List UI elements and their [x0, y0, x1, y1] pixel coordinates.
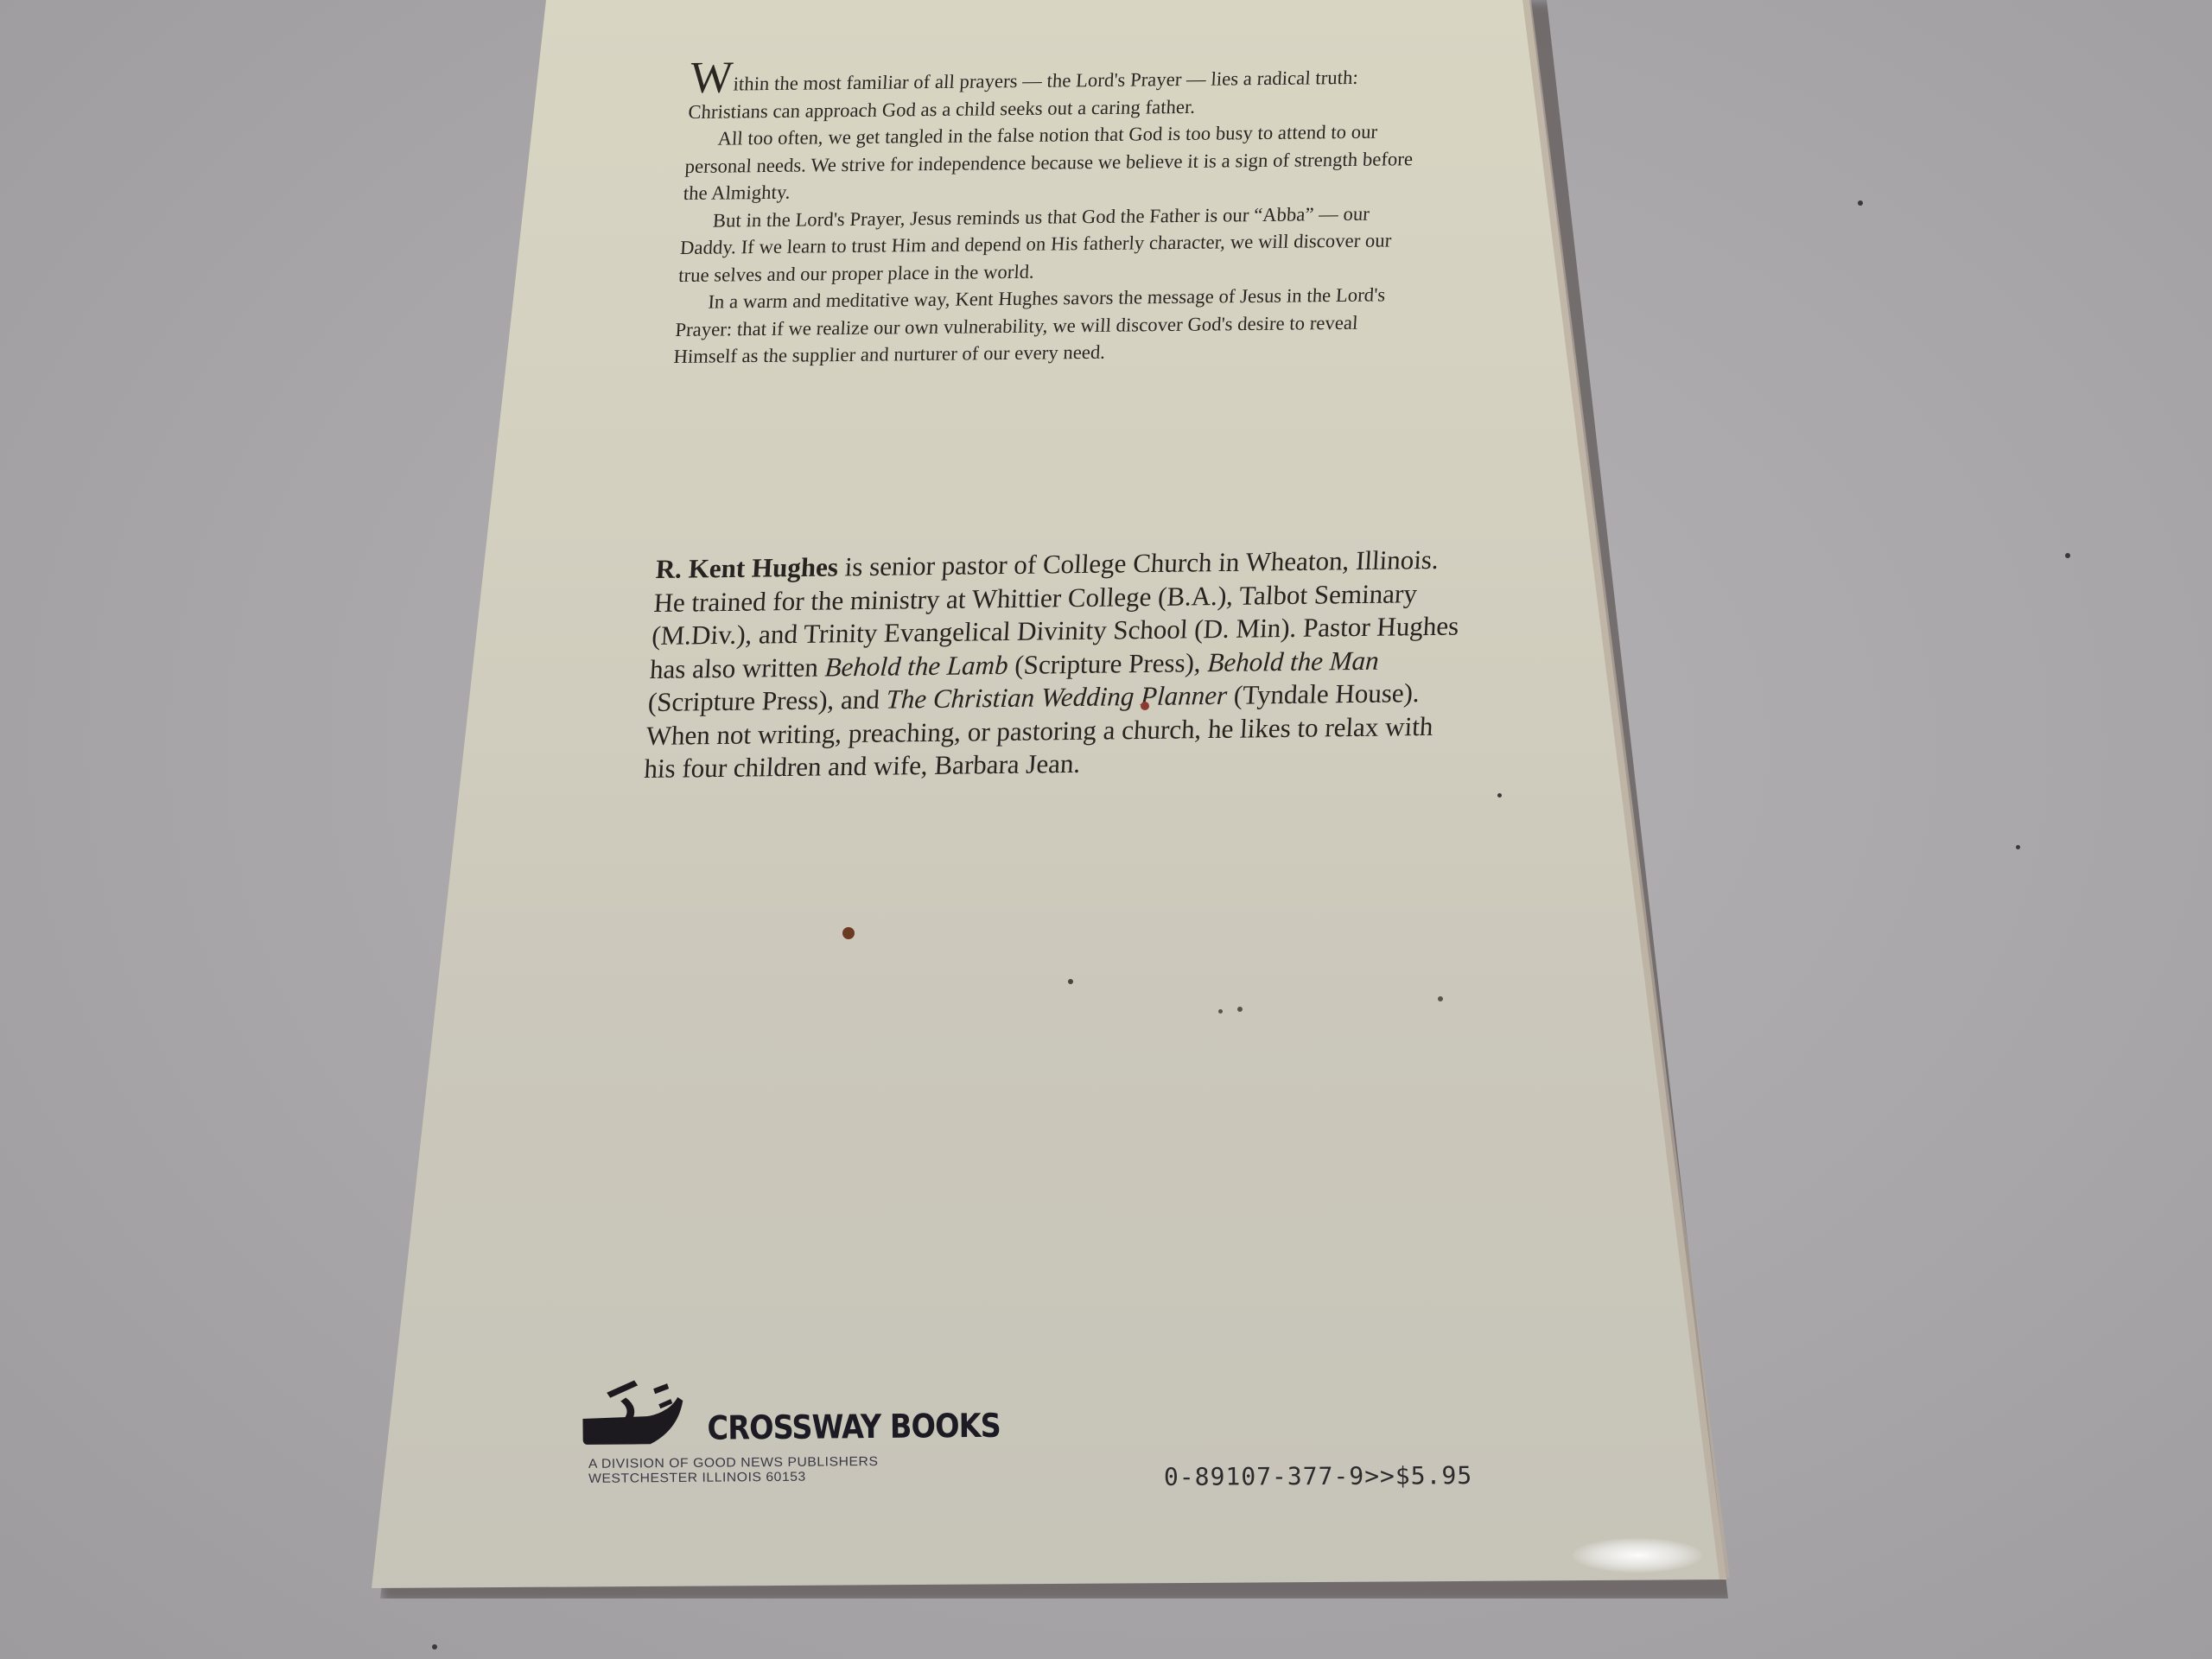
blurb-text: Within the most familiar of all prayers … — [673, 54, 1427, 370]
stain-spot — [2065, 553, 2070, 558]
blurb-paragraph: But in the Lord's Prayer, Jesus reminds … — [677, 200, 1417, 289]
cover-content: Within the most familiar of all prayers … — [0, 0, 2212, 1659]
book-title: Behold the Lamb — [824, 649, 1009, 682]
author-name: R. Kent Hughes — [655, 551, 839, 584]
stain-spot — [1141, 702, 1149, 710]
crossway-logo-icon — [581, 1373, 711, 1452]
book-title: Behold the Man — [1207, 645, 1380, 677]
publisher-division: A DIVISION OF GOOD NEWS PUBLISHERS — [588, 1454, 879, 1471]
stain-spot — [1237, 1007, 1243, 1012]
book-title: The Christian Wedding Planner — [886, 680, 1228, 715]
stain-spot — [1068, 979, 1073, 984]
blurb-paragraph: All too often, we get tangled in the fal… — [683, 118, 1422, 207]
publisher-name: CROSSWAY BOOKS — [707, 1407, 1001, 1447]
blurb-paragraph: Within the most familiar of all prayers … — [688, 54, 1427, 125]
stain-spot — [842, 927, 855, 939]
stain-spot — [432, 1644, 437, 1649]
isbn-price: 0-89107-377-9>>$5.95 — [1164, 1461, 1472, 1491]
light-glare — [1573, 1538, 1702, 1573]
stain-spot — [1497, 793, 1502, 798]
publisher-address: WESTCHESTER ILLINOIS 60153 — [588, 1470, 806, 1486]
stain-spot — [2016, 845, 2020, 849]
stain-spot — [1438, 996, 1443, 1001]
blurb-paragraph: In a warm and meditative way, Kent Hughe… — [673, 281, 1413, 370]
stain-spot — [1858, 200, 1863, 206]
stain-spot — [1218, 1009, 1223, 1014]
drop-cap: W — [689, 53, 734, 103]
bio-paragraph: R. Kent Hughes is senior pastor of Colle… — [643, 543, 1469, 786]
author-bio: R. Kent Hughes is senior pastor of Colle… — [643, 543, 1469, 786]
